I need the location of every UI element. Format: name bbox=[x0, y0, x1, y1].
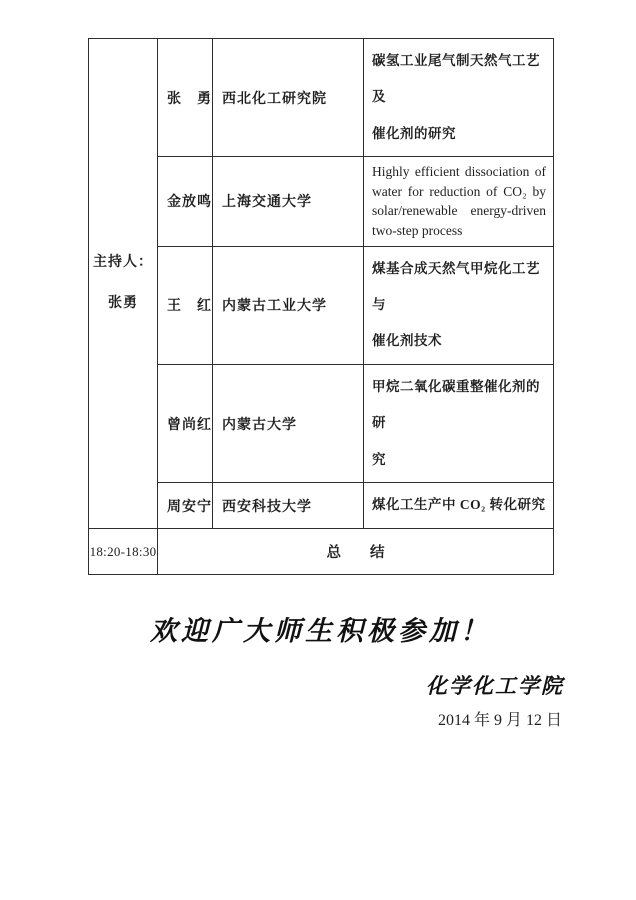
talk-title: 煤基合成天然气甲烷化工艺与 催化剂技术 bbox=[364, 246, 554, 364]
talk-title: 甲烷二氧化碳重整催化剂的研 究 bbox=[364, 364, 554, 482]
presenter-name: 金放鸣 bbox=[158, 157, 213, 246]
signature-department: 化学化工学院 bbox=[0, 670, 636, 700]
presenter-name: 周安宁 bbox=[158, 483, 213, 529]
presenter-affiliation: 西安科技大学 bbox=[213, 483, 364, 529]
table-row-summary: 18:20-18:30 总 结 bbox=[89, 529, 554, 575]
welcome-message: 欢迎广大师生积极参加！ bbox=[88, 609, 553, 648]
table-row: 主持人： 张勇 张 勇 西北化工研究院 碳氢工业尾气制天然气工艺及 催化剂的研究 bbox=[89, 39, 554, 157]
presenter-name: 张 勇 bbox=[158, 39, 213, 157]
table-row: 周安宁 西安科技大学 煤化工生产中 CO₂ 转化研究 bbox=[89, 483, 554, 529]
talk-title: 煤化工生产中 CO₂ 转化研究 bbox=[364, 483, 554, 529]
talk-title: 碳氢工业尾气制天然气工艺及 催化剂的研究 bbox=[364, 39, 554, 157]
presenter-affiliation: 上海交通大学 bbox=[213, 157, 364, 246]
moderator-label: 主持人： bbox=[89, 243, 157, 284]
presenter-affiliation: 内蒙古工业大学 bbox=[213, 246, 364, 364]
talk-title: Highly efficient dissociation of water f… bbox=[364, 157, 554, 246]
summary-label: 总 结 bbox=[158, 529, 554, 575]
seminar-schedule-table: 主持人： 张勇 张 勇 西北化工研究院 碳氢工业尾气制天然气工艺及 催化剂的研究… bbox=[88, 38, 554, 575]
document-date: 2014 年 9 月 12 日 bbox=[0, 707, 636, 730]
presenter-affiliation: 内蒙古大学 bbox=[213, 364, 364, 482]
moderator-name: 张勇 bbox=[89, 284, 157, 325]
table-row: 王 红 内蒙古工业大学 煤基合成天然气甲烷化工艺与 催化剂技术 bbox=[89, 246, 554, 364]
document-page: 主持人： 张勇 张 勇 西北化工研究院 碳氢工业尾气制天然气工艺及 催化剂的研究… bbox=[0, 0, 636, 900]
presenter-name: 曾尚红 bbox=[158, 364, 213, 482]
table-row: 金放鸣 上海交通大学 Highly efficient dissociation… bbox=[89, 157, 554, 246]
summary-time: 18:20-18:30 bbox=[89, 529, 158, 575]
table-row: 曾尚红 内蒙古大学 甲烷二氧化碳重整催化剂的研 究 bbox=[89, 364, 554, 482]
moderator-cell: 主持人： 张勇 bbox=[89, 39, 158, 529]
presenter-name: 王 红 bbox=[158, 246, 213, 364]
presenter-affiliation: 西北化工研究院 bbox=[213, 39, 364, 157]
